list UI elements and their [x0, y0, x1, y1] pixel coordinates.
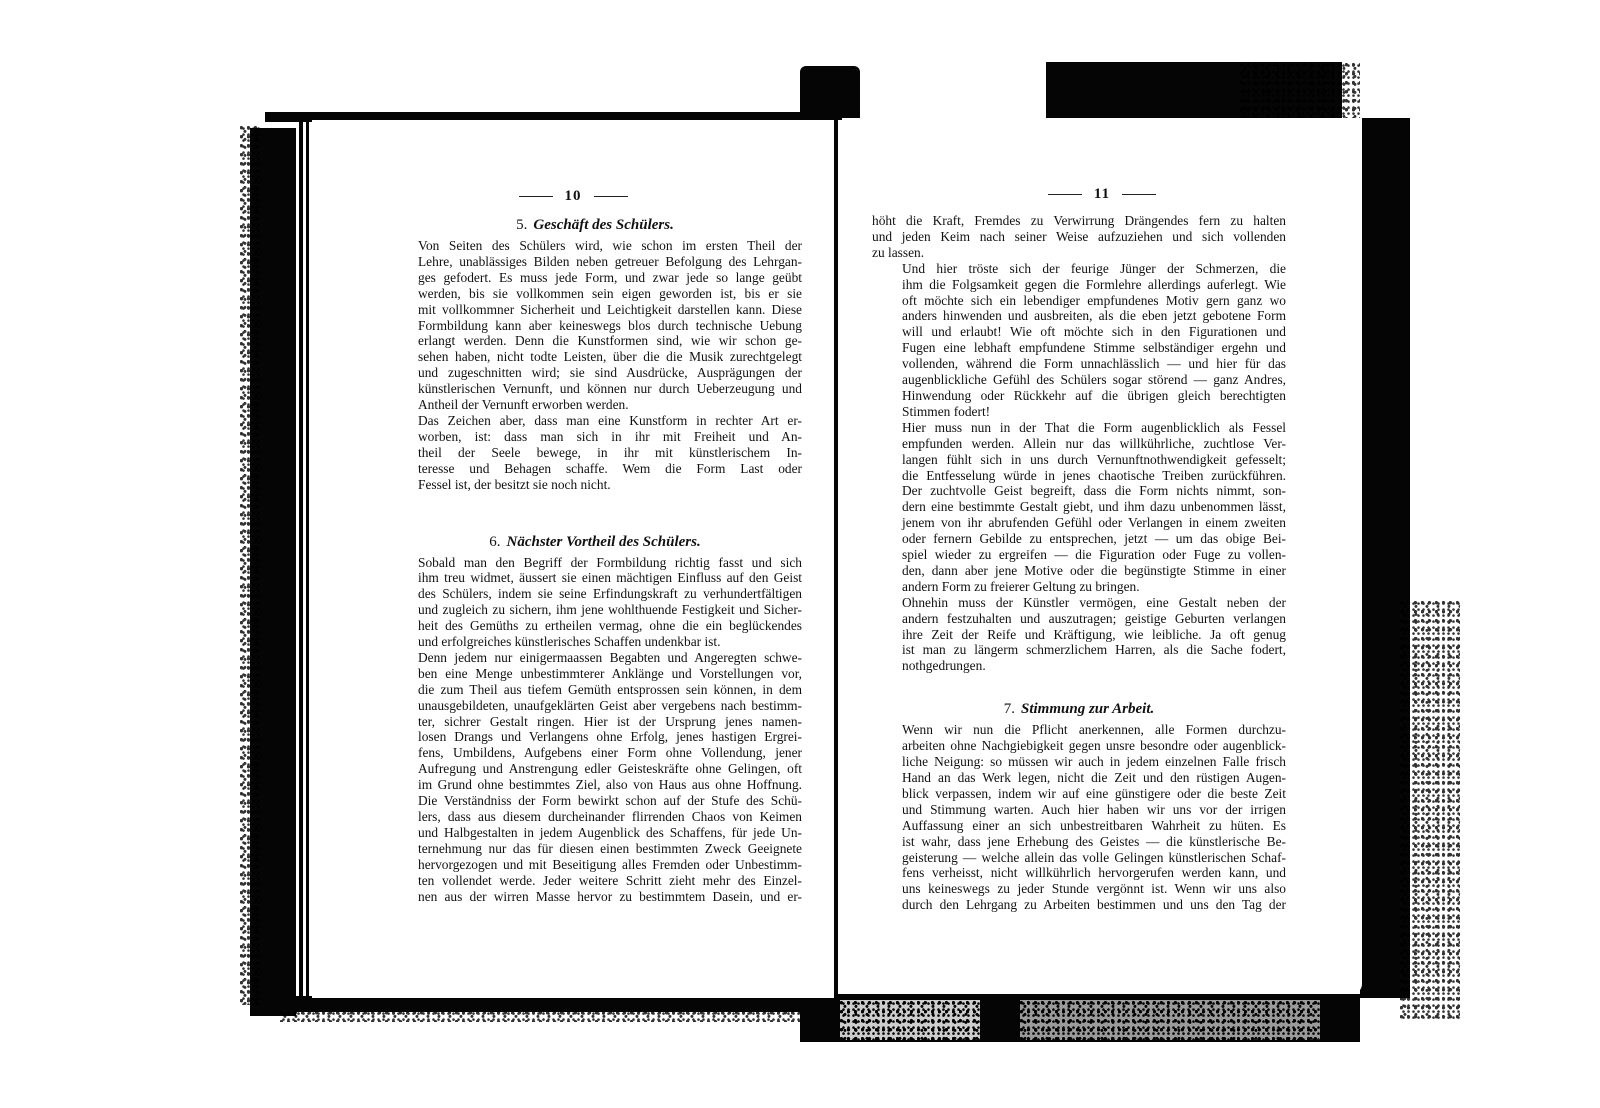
right-page: 11 höht die Kraft, Fremdes zu Verwirrung… [842, 118, 1362, 994]
paragraph: Und hier tröste sich der feurige Jünger … [872, 261, 1286, 420]
scan-border-left-inner-line [299, 122, 303, 1002]
paragraph: Wenn wir nun die Pflicht anerkennen, all… [872, 722, 1286, 913]
folio-dash [594, 196, 628, 197]
section-spacer [388, 493, 802, 533]
section-heading-5: 5.Geschäft des Schülers. [388, 216, 802, 234]
paragraph: Von Seiten des Schülers wird, wie schon … [388, 238, 802, 413]
left-page-body: 5.Geschäft des Schülers. Von Seiten des … [388, 216, 802, 904]
section-heading-6: 6.Nächster Vortheil des Schülers. [388, 533, 802, 551]
left-page: 10 5.Geschäft des Schülers. Von Seiten d… [312, 120, 834, 998]
folio-dash [1122, 194, 1156, 195]
scan-noise-left [240, 125, 260, 1005]
section-heading-7: 7.Stimmung zur Arbeit. [872, 700, 1286, 718]
paragraph-continued: höht die Kraft, Fremdes zu Verwirrung Dr… [872, 213, 1286, 261]
scan-noise-right [1400, 600, 1460, 1020]
scan-noise-top-right [1240, 62, 1360, 118]
scan-noise-bottom-mid [1020, 1000, 1320, 1040]
paragraph: Hier muss nun in der That die Form augen… [872, 420, 1286, 595]
folio-dash [1048, 194, 1082, 195]
paragraph: Ohnehin muss der Künstler vermögen, eine… [872, 595, 1286, 675]
page-number-right: 11 [842, 186, 1362, 203]
folio-dash [519, 196, 553, 197]
scan-noise-bottom-left [280, 1010, 800, 1022]
scan-border-left-page-line [306, 122, 309, 1002]
paragraph: Denn jedem nur einigermaassen Begabten u… [388, 650, 802, 905]
scan-noise-bottom-right [840, 1000, 980, 1040]
paragraph: Das Zeichen aber, dass man eine Kunstfor… [388, 413, 802, 493]
section-spacer [872, 674, 1286, 700]
right-page-body: höht die Kraft, Fremdes zu Verwirrung Dr… [872, 213, 1286, 913]
paragraph: Sobald man den Begriff der Formbildung r… [388, 555, 802, 650]
page-number-left: 10 [312, 188, 834, 205]
